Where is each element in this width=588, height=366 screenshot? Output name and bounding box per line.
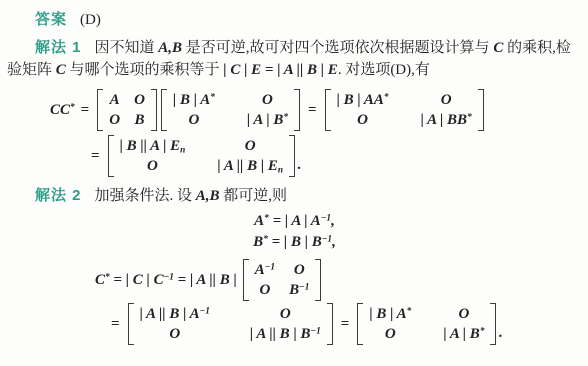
matrix-cell: | A | B* xyxy=(443,324,484,344)
matrix-cell: | B | A* xyxy=(173,90,215,110)
left-bracket xyxy=(108,135,114,177)
right-bracket xyxy=(151,89,157,131)
matrix-block-C: A O O B xyxy=(97,89,157,131)
matrix-cell: B xyxy=(134,110,144,130)
left-bracket xyxy=(357,303,363,345)
answer-label: 答案 xyxy=(35,11,67,28)
period-mark: . xyxy=(297,157,301,174)
left-bracket xyxy=(161,89,167,131)
equals-sign: = xyxy=(111,316,120,333)
matrix-cell: A−1 xyxy=(255,260,275,280)
matrix-cell: O xyxy=(260,280,271,300)
matrix-cell: A xyxy=(110,90,120,110)
matrix-cell: O xyxy=(188,110,199,130)
equation-A-adjugate: A* = | A | A−1, xyxy=(7,211,582,232)
matrix-cell: | A | B* xyxy=(247,110,288,130)
matrix-cell: O xyxy=(169,324,180,344)
solution2-label: 解法 2 xyxy=(35,187,82,204)
answer-line: 答案(D) xyxy=(35,9,582,31)
matrix-scalar-identity: | B || A | En O O | A || B | En xyxy=(108,135,296,177)
solution1-line1: 解法 1因不知道 A,B 是否可逆,故可对四个选项依次根据题设计算与 C 的乘积… xyxy=(35,37,582,59)
matrix-cell: O xyxy=(441,90,452,110)
matrix-cell: O xyxy=(245,136,256,156)
right-bracket xyxy=(478,89,484,131)
solution1-label: 解法 1 xyxy=(35,39,82,56)
solution2-line: 解法 2加强条件法. 设 A,B 都可逆,则 xyxy=(35,185,582,207)
right-bracket xyxy=(490,303,496,345)
solution2-text: 加强条件法. 设 A,B 都可逆,则 xyxy=(95,188,288,204)
left-bracket xyxy=(128,303,134,345)
equals-sign: = xyxy=(308,102,317,119)
matrix-cell: O xyxy=(134,90,145,110)
left-bracket xyxy=(325,89,331,131)
matrix-cell: | B | AA* xyxy=(337,90,389,110)
matrix-product: | B | AA* O O | A | BB* xyxy=(325,89,484,131)
matrix-adjugate-result: | B | A* O O | A | B* xyxy=(357,303,496,345)
answer-value: (D) xyxy=(80,12,101,28)
solution1-text-line2: 验矩阵 C 与哪个选项的乘积等于 | C | E = | A || B | E.… xyxy=(7,62,430,78)
matrix-cell: | A || B | En xyxy=(217,156,283,176)
matrix-option-D: | B | A* O O | A | B* xyxy=(161,89,300,131)
right-bracket xyxy=(294,89,300,131)
matrix-cell: | B || A | En xyxy=(120,136,186,156)
eq1-lhs: CC* xyxy=(50,102,75,119)
solution1-line2: 验矩阵 C 与哪个选项的乘积等于 | C | E = | A || B | E.… xyxy=(7,59,582,81)
matrix-cell: O xyxy=(280,304,291,324)
equals-sign: = xyxy=(91,148,100,165)
matrix-cell: O xyxy=(357,110,368,130)
right-bracket xyxy=(289,135,295,177)
equals-sign: = xyxy=(81,102,90,119)
eq4-lhs: C* = | C | C−1 = | A || B | xyxy=(95,272,237,289)
matrix-cell: B−1 xyxy=(289,280,309,300)
matrix-cell: | A || B | A−1 xyxy=(140,304,210,324)
matrix-cell: | A | BB* xyxy=(421,110,472,130)
matrix-cell: O xyxy=(109,110,120,130)
right-bracket xyxy=(327,303,333,345)
left-bracket xyxy=(97,89,103,131)
period-mark: . xyxy=(498,325,502,342)
solution1-text-line1: 因不知道 A,B 是否可逆,故可对四个选项依次根据题设计算与 C 的乘积,检 xyxy=(95,40,571,56)
left-bracket xyxy=(243,259,249,301)
matrix-inverse-block: A−1 O O B−1 xyxy=(243,259,322,301)
equation-cc-star: CC* = A O O B | B | A* O O | A | B* = xyxy=(50,89,582,131)
matrix-cell: O xyxy=(147,156,158,176)
matrix-scalar-inverse: | A || B | A−1 O O | A || B | B−1 xyxy=(128,303,333,345)
equation-c-star: C* = | C | C−1 = | A || B | A−1 O O B−1 xyxy=(95,259,582,301)
equation-B-adjugate: B* = | B | B−1, xyxy=(7,232,582,253)
right-bracket xyxy=(315,259,321,301)
matrix-cell: O xyxy=(294,260,305,280)
equation-result-En: = | B || A | En O O | A || B | En . xyxy=(85,135,582,177)
textbook-solution-page: 答案(D) 解法 1因不知道 A,B 是否可逆,故可对四个选项依次根据题设计算与… xyxy=(0,0,588,366)
equals-sign: = xyxy=(341,316,350,333)
matrix-cell: O xyxy=(458,304,469,324)
eq3-line1: A* = | A | A−1, xyxy=(254,213,335,229)
eq3-line2: B* = | B | B−1, xyxy=(253,234,336,250)
matrix-cell: O xyxy=(385,324,396,344)
equation-final: = | A || B | A−1 O O | A || B | B−1 = | … xyxy=(105,303,582,345)
matrix-cell: | B | A* xyxy=(369,304,411,324)
matrix-cell: | A || B | B−1 xyxy=(250,324,321,344)
matrix-cell: O xyxy=(262,90,273,110)
